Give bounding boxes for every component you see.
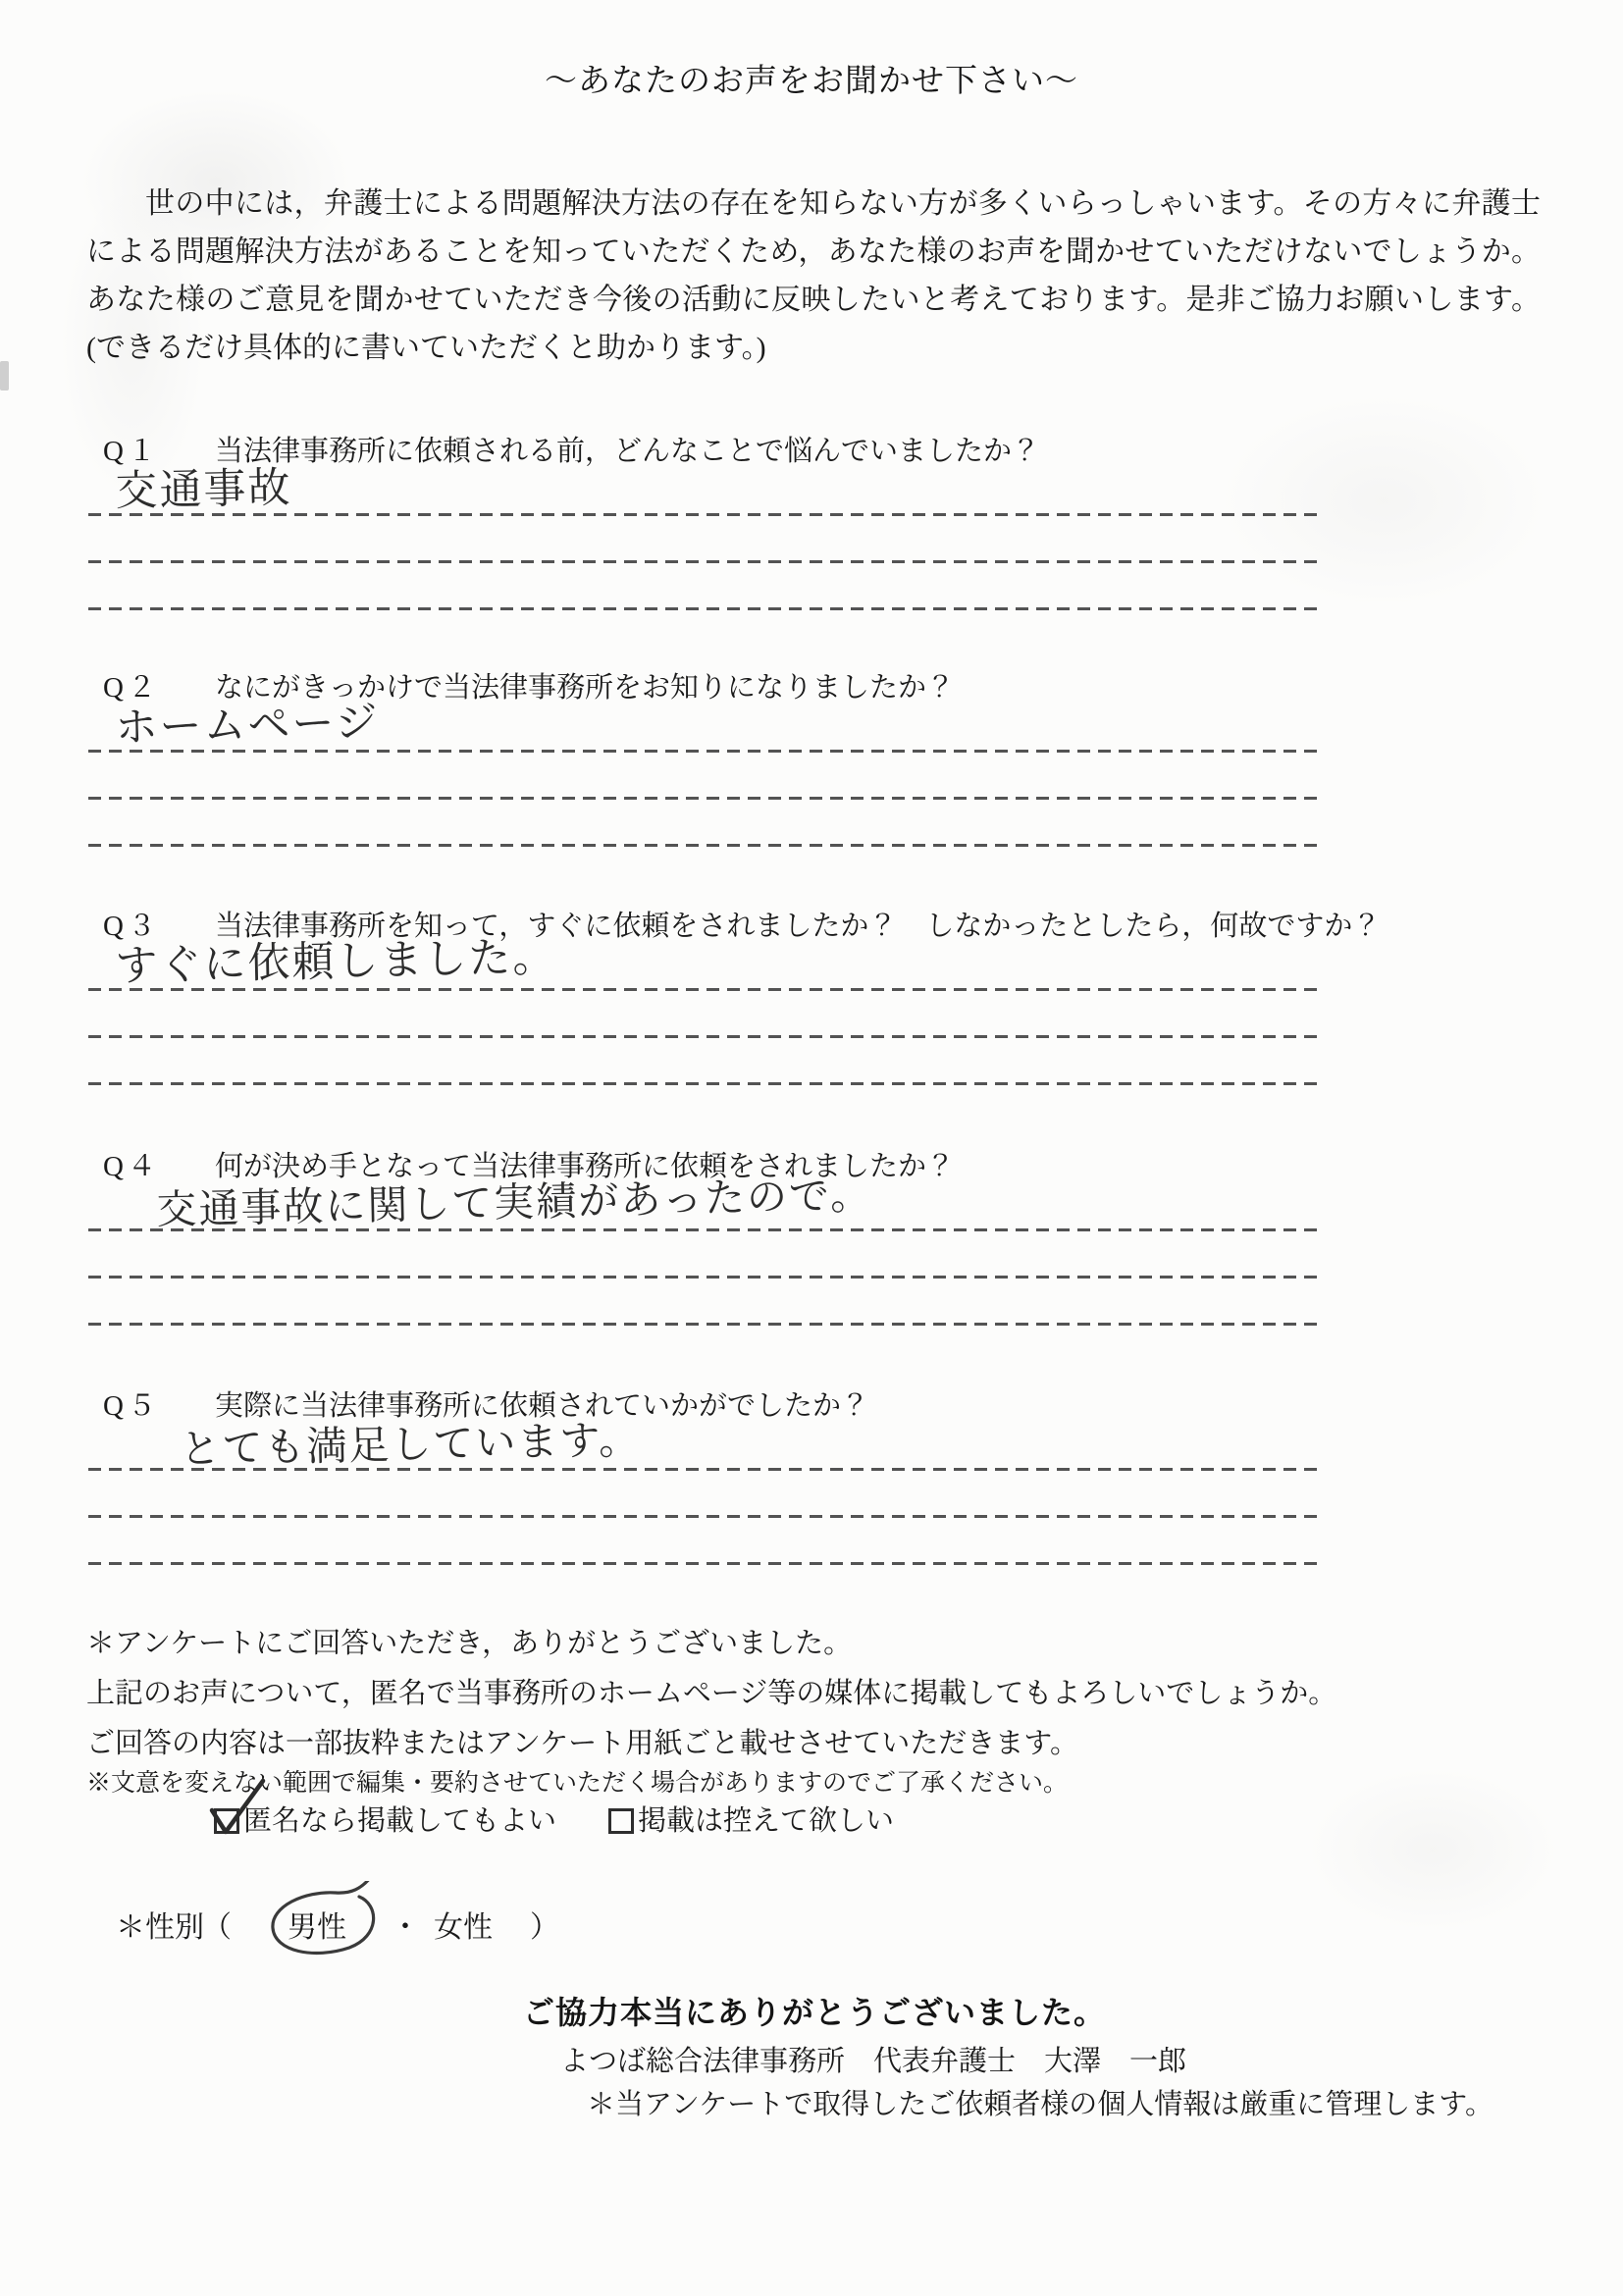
handwritten-answer: 交通事故 <box>115 454 292 518</box>
answer-line <box>88 844 1317 847</box>
question-number: Q５ <box>103 1390 160 1422</box>
gender-option-female: 女性 <box>434 1903 493 1946</box>
answer-line <box>88 1082 1317 1085</box>
answer-line <box>88 1228 1317 1231</box>
footer-privacy-note: ＊当アンケートで取得したご依頼者様の個人情報は厳重に管理します。 <box>587 2082 1493 2122</box>
handwritten-answer: ホームページ <box>115 689 380 755</box>
gender-separator: ・ <box>391 1903 420 1946</box>
answer-line <box>88 1323 1317 1326</box>
question-block-q5: Q５実際に当法律事務所に依頼されていかがでしたか？ とても満足しています。 <box>86 1383 1327 1580</box>
publish-request-line: 上記のお声について，匿名で当事務所のホームページ等の媒体に掲載してもよろしいでし… <box>86 1669 1539 1719</box>
gender-paren-open: （ <box>202 1903 232 1946</box>
answer-line <box>88 797 1317 800</box>
answer-line <box>88 1468 1317 1471</box>
answer-line <box>88 750 1317 753</box>
page-title: ～あなたのお声をお聞かせ下さい～ <box>0 55 1623 101</box>
consent-options-row: 匿名なら掲載してもよい 掲載は控えて欲しい <box>0 1799 1623 1867</box>
question-block-q2: Q２なにがきっかけで当法律事務所をお知りになりましたか？ ホームページ <box>86 665 1327 861</box>
handwritten-circle-icon <box>261 1881 389 1965</box>
answer-line <box>88 560 1317 563</box>
question-text: 当法律事務所に依頼される前，どんなことで悩んでいましたか？ <box>215 436 1040 467</box>
answer-line <box>88 1562 1317 1565</box>
option-no-publish: 掲載は控えて欲しい <box>608 1799 894 1839</box>
option-publish-anonymous: 匿名なら掲載してもよい <box>214 1799 556 1839</box>
survey-thanks-line: ＊アンケートにご回答いただき，ありがとうございました。 <box>86 1619 1539 1669</box>
scan-edge-mark <box>0 361 9 391</box>
footer-firm-line: よつば総合法律事務所 代表弁護士 大澤 一郎 <box>560 2039 1186 2079</box>
checkbox-no-publish-label: 掲載は控えて欲しい <box>638 1805 894 1837</box>
gender-paren-close: ） <box>530 1903 559 1946</box>
intro-paragraph: 世の中には，弁護士による問題解決方法の存在を知らない方が多くいらっしゃいます。そ… <box>86 180 1541 372</box>
gender-label: ＊性別 <box>116 1903 204 1946</box>
question-block-q4: Q４何が決め手となって当法律事務所に依頼をされましたか？ 交通事故に関して実績が… <box>86 1144 1327 1340</box>
answer-line <box>88 1035 1317 1038</box>
question-block-q1: Q１当法律事務所に依頼される前，どんなことで悩んでいましたか？ 交通事故 <box>86 429 1327 625</box>
answer-line <box>88 1515 1317 1518</box>
footer-big-thanks: ご協力本当にありがとうございました。 <box>523 1988 1106 2033</box>
gender-row: ＊性別 （ 男性 ・ 女性 ） <box>0 1897 1623 1985</box>
handwritten-checkmark-icon <box>202 1775 271 1840</box>
answer-line <box>88 1276 1317 1278</box>
question-number: Q４ <box>103 1151 160 1182</box>
handwritten-answer: とても満足しています。 <box>180 1407 642 1475</box>
answer-line <box>88 988 1317 991</box>
consent-text-block: ＊アンケートにご回答いただき，ありがとうございました。 上記のお声について，匿名… <box>86 1619 1539 1769</box>
question-block-q3: Q３当法律事務所を知って，すぐに依頼をされましたか？ しなかったとしたら，何故で… <box>86 904 1327 1100</box>
checkbox-no-publish-icon <box>608 1808 634 1834</box>
handwritten-answer: すぐに依頼しました。 <box>115 924 557 993</box>
publish-detail-line: ご回答の内容は一部抜粋またはアンケート用紙ごと載せさせていただきます。 <box>86 1719 1539 1769</box>
answer-line <box>88 513 1317 516</box>
answer-line <box>88 607 1317 610</box>
checkbox-publish-anonymous-label: 匿名なら掲載してもよい <box>243 1805 556 1837</box>
scanned-survey-page: ～あなたのお声をお聞かせ下さい～ 世の中には，弁護士による問題解決方法の存在を知… <box>0 0 1623 2296</box>
